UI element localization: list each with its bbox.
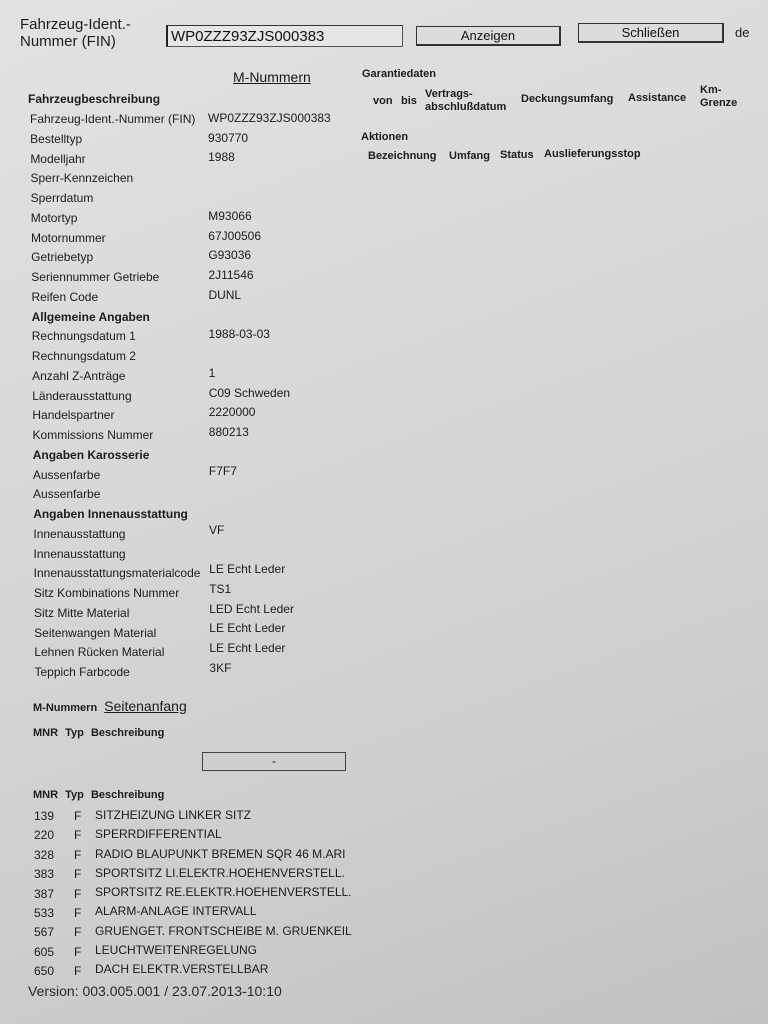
version-text: Version: 003.005.001 / 23.07.2013-10:10 xyxy=(28,983,282,999)
detail-label: Länderausstattung xyxy=(32,389,131,403)
m-number-select[interactable]: - xyxy=(202,752,346,771)
cell-typ: F xyxy=(74,848,81,862)
actions-col-umfang: Umfang xyxy=(449,150,490,162)
detail-label: Anzahl Z-Anträge xyxy=(32,369,125,383)
cell-mnr: 139 xyxy=(34,809,54,823)
detail-label: Sperrdatum xyxy=(31,191,94,205)
actions-col-bezeichnung: Bezeichnung xyxy=(368,150,436,162)
close-button[interactable]: Schließen xyxy=(578,23,724,43)
detail-label: Seriennummer Getriebe xyxy=(31,270,159,284)
warranty-col-bis: bis xyxy=(401,95,417,107)
cell-typ: F xyxy=(74,906,81,920)
detail-label: Aussenfarbe xyxy=(33,468,100,482)
m-numbers-header-top: MNR Typ Beschreibung xyxy=(33,727,164,739)
fin-label: Fahrzeug-Ident.-Nummer (FIN) xyxy=(20,16,150,50)
detail-label: Lehnen Rücken Material xyxy=(34,645,164,659)
detail-value: 930770 xyxy=(208,131,248,145)
cell-desc: LEUCHTWEITENREGELUNG xyxy=(95,943,257,957)
detail-value: TS1 xyxy=(209,582,231,596)
cell-mnr: 220 xyxy=(34,828,54,842)
actions-col-status: Status xyxy=(500,149,534,161)
actions-title: Aktionen xyxy=(361,131,408,143)
cell-typ: F xyxy=(74,964,81,978)
cell-mnr: 605 xyxy=(34,945,54,959)
detail-label: Rechnungsdatum 2 xyxy=(32,349,136,363)
detail-value: LE Echt Leder xyxy=(209,641,285,655)
detail-value: 880213 xyxy=(209,425,249,439)
language-link[interactable]: de xyxy=(735,25,749,40)
section-heading: Allgemeine Angaben xyxy=(32,310,150,324)
detail-value: VF xyxy=(209,523,224,537)
cell-mnr: 650 xyxy=(34,964,54,978)
cell-desc: SPERRDIFFERENTIAL xyxy=(95,827,222,841)
cell-desc: DACH ELEKTR.VERSTELLBAR xyxy=(95,962,268,976)
warranty-col-assistance: Assistance xyxy=(628,92,686,104)
detail-value: C09 Schweden xyxy=(209,386,290,400)
detail-label: Sitz Mitte Material xyxy=(34,606,129,620)
cell-typ: F xyxy=(74,925,81,939)
detail-label: Modelljahr xyxy=(30,152,85,166)
detail-value: 1988 xyxy=(208,150,235,164)
detail-value: 1988-03-03 xyxy=(209,327,270,341)
cell-typ: F xyxy=(74,809,81,823)
detail-label: Rechnungsdatum 1 xyxy=(32,329,136,343)
m-numbers-header: MNR Typ Beschreibung xyxy=(33,789,164,801)
cell-mnr: 533 xyxy=(34,906,54,920)
detail-label: Fahrzeug-Ident.-Nummer (FIN) xyxy=(30,112,195,126)
section-heading: Angaben Innenausstattung xyxy=(33,507,188,521)
cell-desc: SITZHEIZUNG LINKER SITZ xyxy=(95,808,251,822)
cell-mnr: 328 xyxy=(34,848,54,862)
detail-value: LE Echt Leder xyxy=(209,562,285,576)
warranty-col-km-grenze: Km-Grenze xyxy=(700,84,760,110)
detail-value: 2J11546 xyxy=(208,268,253,282)
detail-label: Innenausstattung xyxy=(33,527,125,541)
detail-label: Innenausstattung xyxy=(34,547,126,561)
cell-typ: F xyxy=(74,828,81,842)
detail-label: Handelspartner xyxy=(32,408,114,422)
detail-value: F7F7 xyxy=(209,464,237,478)
detail-value: 1 xyxy=(209,366,216,380)
m-numbers-heading: M-Nummern Seitenanfang xyxy=(33,698,187,714)
detail-label: Kommissions Nummer xyxy=(33,428,154,442)
warranty-col-vertragsabschluss: Vertrags-abschlußdatum xyxy=(425,88,515,114)
actions-col-auslieferungsstop: Auslieferungsstop xyxy=(544,148,641,160)
show-button[interactable]: Anzeigen xyxy=(416,26,561,46)
m-nummern-link[interactable]: M-Nummern xyxy=(233,69,311,85)
cell-desc: GRUENGET. FRONTSCHEIBE M. GRUENKEIL xyxy=(95,924,352,938)
detail-value: DUNL xyxy=(208,288,241,302)
detail-value: M93066 xyxy=(208,209,251,223)
cell-mnr: 383 xyxy=(34,867,54,881)
detail-value: LE Echt Leder xyxy=(209,621,285,635)
detail-label: Reifen Code xyxy=(31,290,98,304)
detail-value: 2220000 xyxy=(209,405,256,419)
cell-desc: SPORTSITZ RE.ELEKTR.HOEHENVERSTELL. xyxy=(95,885,352,899)
detail-label: Motortyp xyxy=(31,211,78,225)
detail-label: Bestelltyp xyxy=(30,132,82,146)
page-top-link[interactable]: Seitenanfang xyxy=(104,698,187,714)
detail-label: Sitz Kombinations Nummer xyxy=(34,586,179,600)
detail-label: Sperr-Kennzeichen xyxy=(30,171,133,185)
fin-input[interactable] xyxy=(166,25,403,47)
cell-desc: RADIO BLAUPUNKT BREMEN SQR 46 M.ARI xyxy=(95,847,346,861)
cell-desc: ALARM-ANLAGE INTERVALL xyxy=(95,904,257,918)
cell-typ: F xyxy=(74,945,81,959)
m-numbers-title: M-Nummern xyxy=(33,702,97,714)
cell-desc: SPORTSITZ LI.ELEKTR.HOEHENVERSTELL. xyxy=(95,866,345,880)
vehicle-section-title: Fahrzeugbeschreibung xyxy=(28,92,160,106)
detail-value: G93036 xyxy=(208,248,251,262)
detail-label: Motornummer xyxy=(31,231,106,245)
cell-typ: F xyxy=(74,887,81,901)
cell-mnr: 567 xyxy=(34,925,54,939)
detail-value: WP0ZZZ93ZJS000383 xyxy=(208,111,331,125)
section-heading: Angaben Karosserie xyxy=(33,448,150,462)
detail-label: Seitenwangen Material xyxy=(34,626,156,640)
cell-typ: F xyxy=(74,867,81,881)
detail-label: Getriebetyp xyxy=(31,250,93,264)
detail-label: Teppich Farbcode xyxy=(34,665,129,679)
detail-label: Aussenfarbe xyxy=(33,487,100,501)
warranty-title: Garantiedaten xyxy=(362,68,436,80)
warranty-col-deckungsumfang: Deckungsumfang xyxy=(521,93,613,105)
detail-value: LED Echt Leder xyxy=(209,602,294,616)
cell-mnr: 387 xyxy=(34,887,54,901)
detail-value: 67J00506 xyxy=(208,229,261,243)
detail-value: 3KF xyxy=(209,661,231,675)
detail-label: Innenausstattungsmaterialcode xyxy=(34,566,201,580)
warranty-col-von: von xyxy=(373,95,393,107)
